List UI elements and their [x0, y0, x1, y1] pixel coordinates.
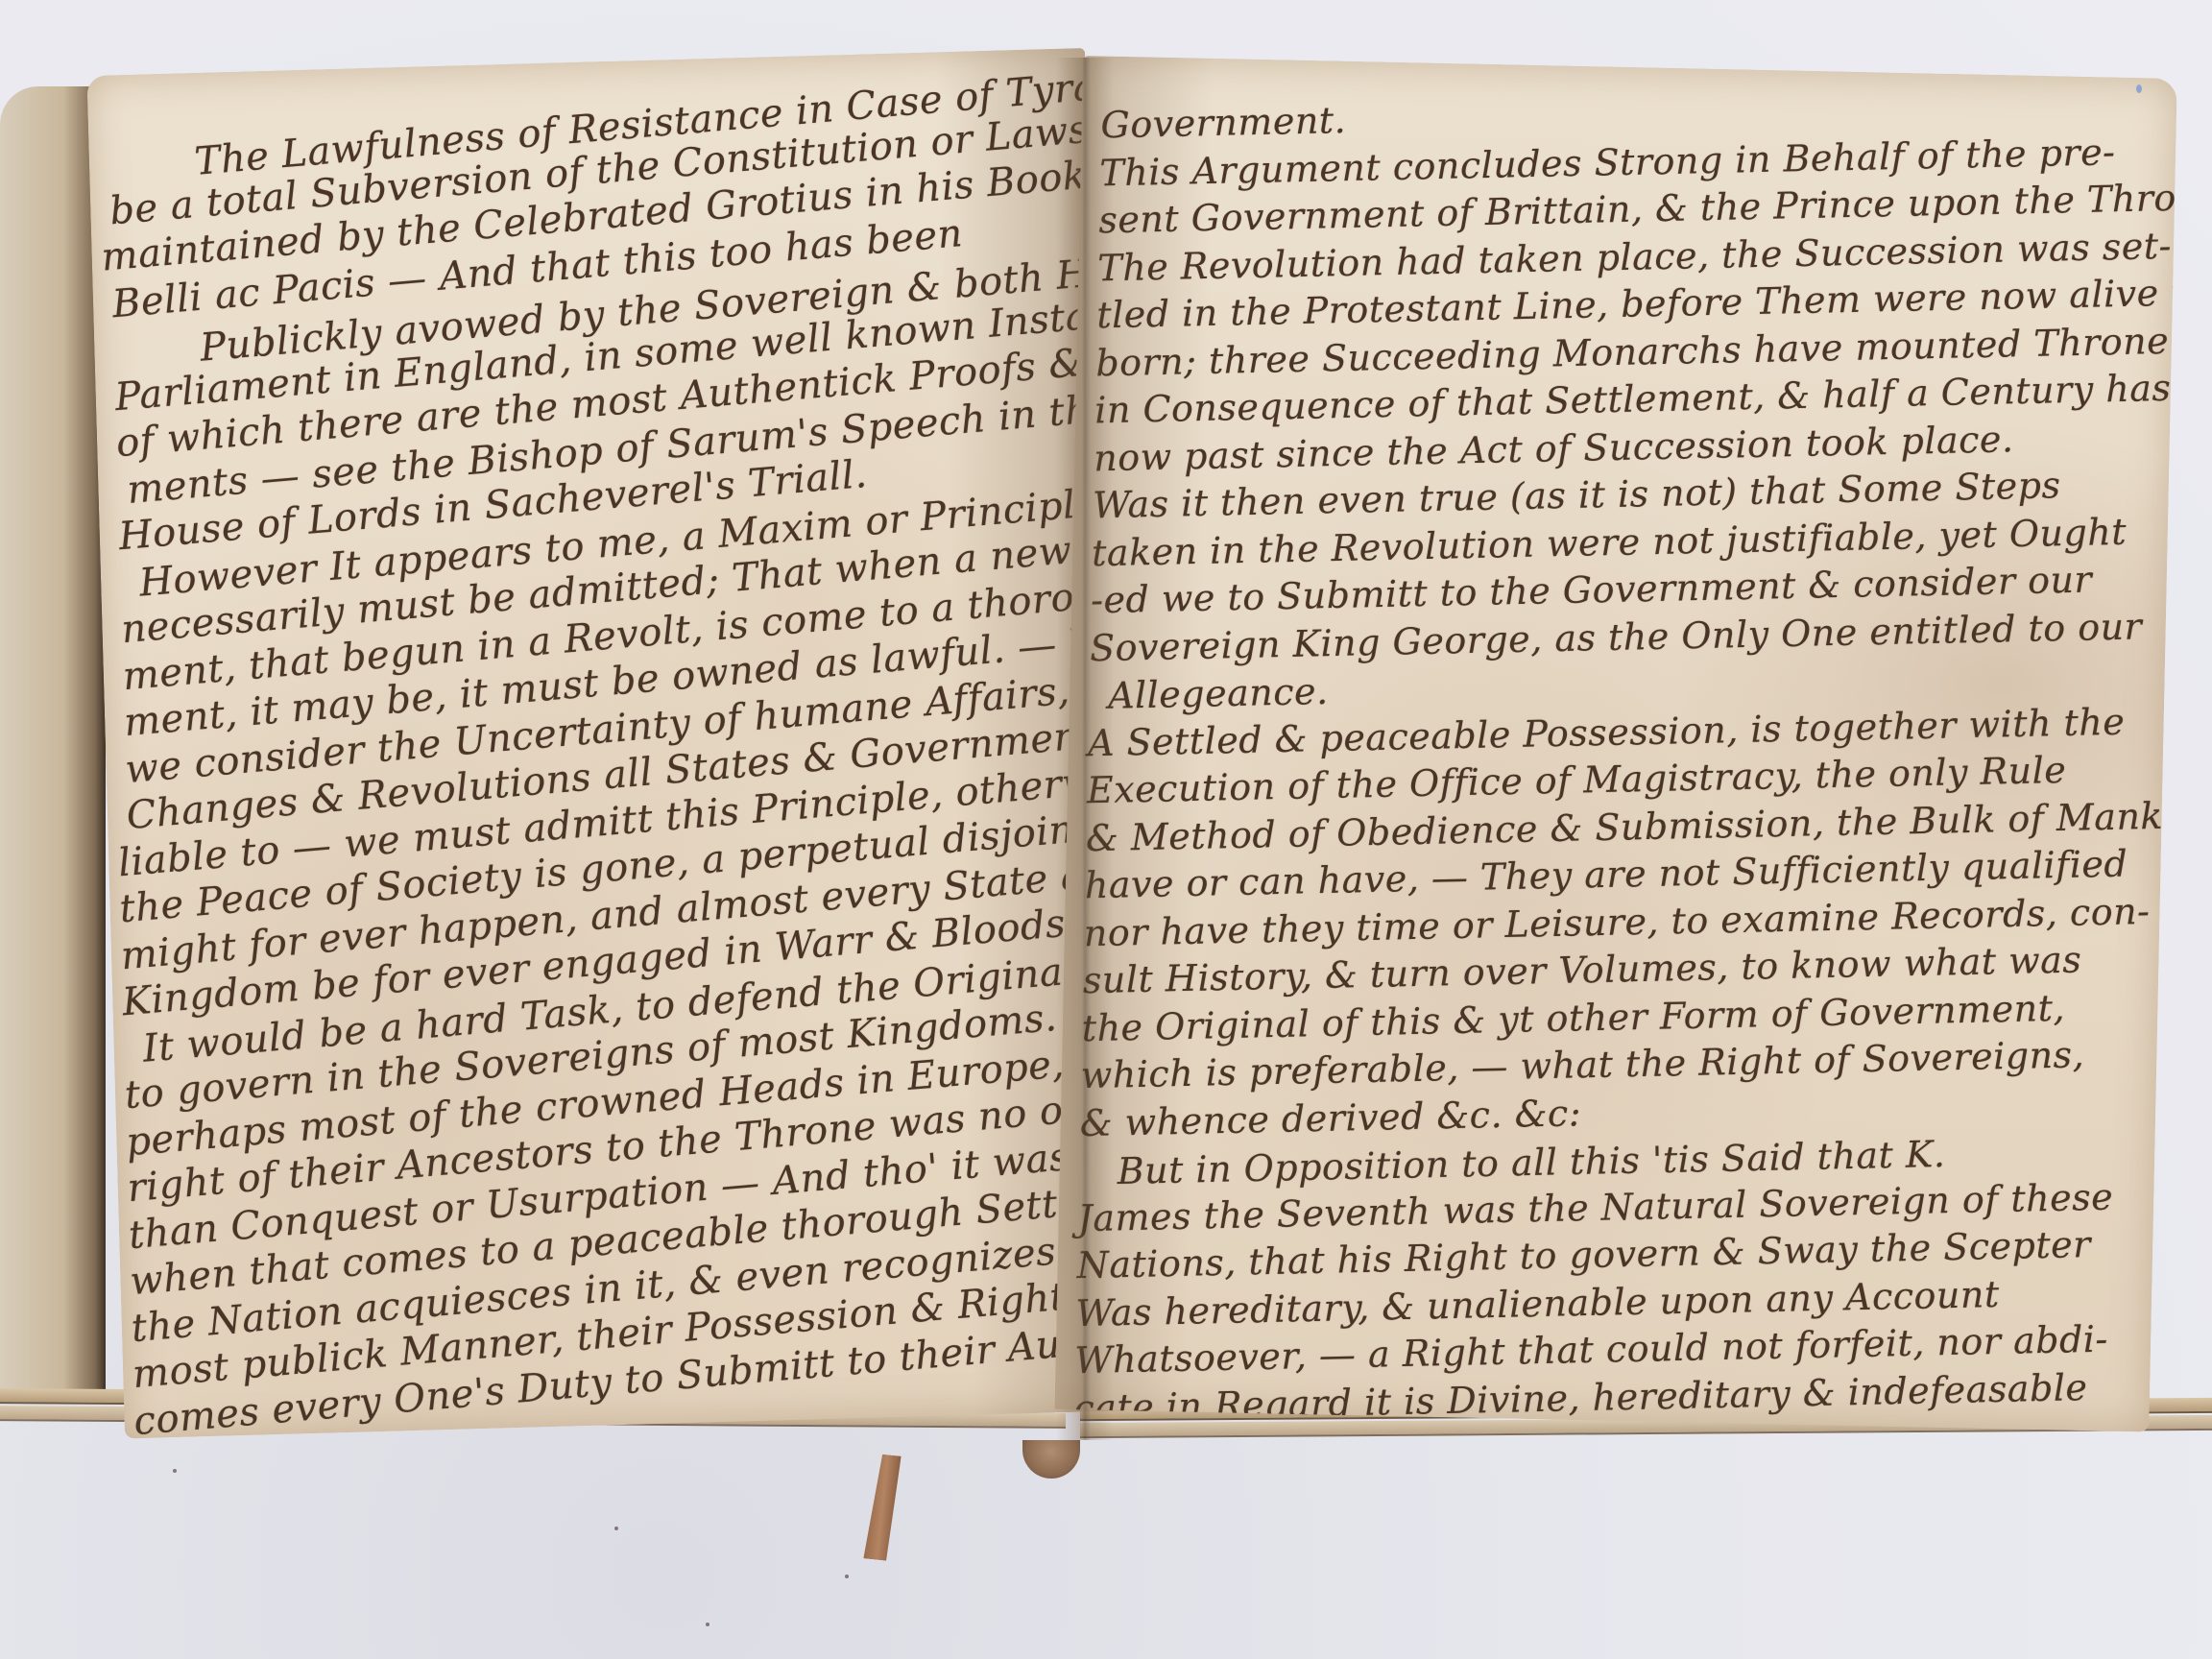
- left-board-edge: [0, 86, 106, 1392]
- left-page-text: The Lawfulness of Resistance in Case of …: [86, 48, 1122, 1438]
- right-page-text: Government.This Argument concludes Stron…: [1054, 56, 2176, 1432]
- ribbon-bookmark: [863, 1454, 901, 1561]
- background-speck: [706, 1623, 709, 1626]
- background-speck: [2136, 84, 2142, 93]
- left-page: The Lawfulness of Resistance in Case of …: [86, 48, 1122, 1438]
- manuscript-photo: The Lawfulness of Resistance in Case of …: [0, 0, 2212, 1659]
- open-book: The Lawfulness of Resistance in Case of …: [0, 19, 2212, 1459]
- background-speck: [173, 1469, 177, 1473]
- spine-headband: [1022, 1440, 1080, 1479]
- manuscript-line: Government.: [1100, 99, 1347, 146]
- right-page: Government.This Argument concludes Stron…: [1054, 56, 2176, 1432]
- background-speck: [614, 1527, 618, 1530]
- manuscript-line: Allegeance.: [1108, 670, 1329, 717]
- background-speck: [845, 1575, 849, 1578]
- manuscript-line: & whence derived &c. &c:: [1079, 1092, 1581, 1144]
